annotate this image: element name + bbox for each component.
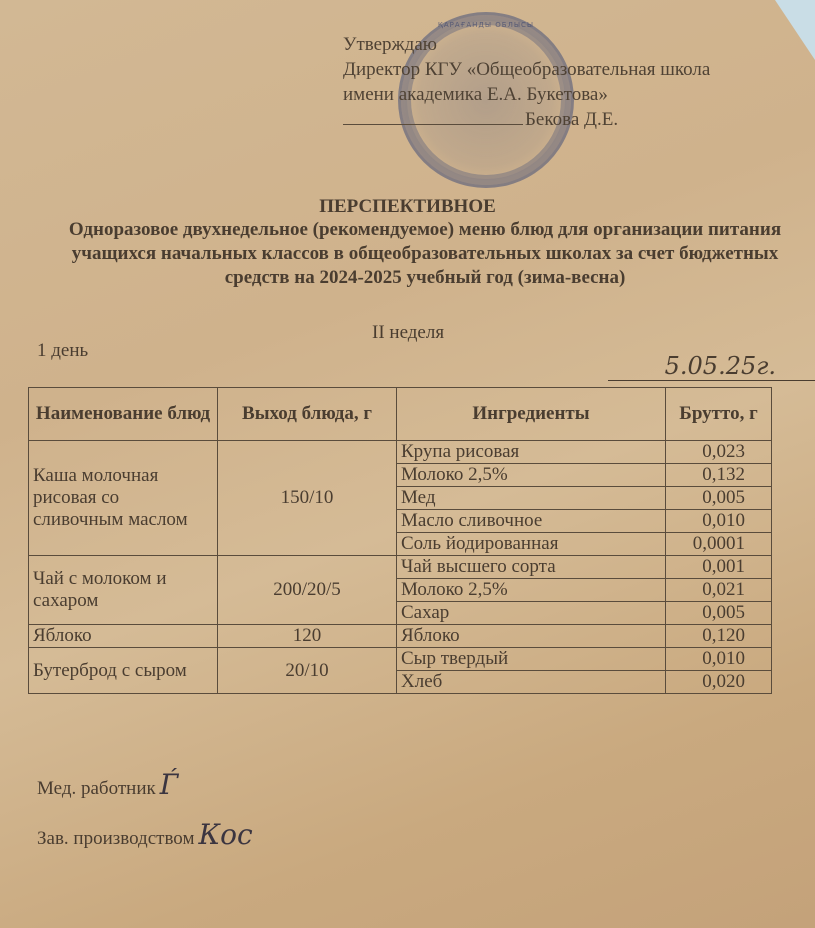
ingredient-name: Молоко 2,5% [397,579,666,602]
table-row: Бутерброд с сыром20/10Сыр твердый0,010 [29,648,772,671]
ingredient-name: Чай высшего сорта [397,556,666,579]
ingredient-brutto: 0,023 [666,441,772,464]
week-label: II неделя [372,322,444,344]
ingredient-brutto: 0,132 [666,464,772,487]
ingredient-name: Соль йодированная [397,533,666,556]
production-label: Зав. производством [37,828,194,849]
ingredient-name: Сыр твердый [397,648,666,671]
dish-yield: 200/20/5 [218,556,397,625]
dish-name: Яблоко [29,625,218,648]
background-corner [775,0,815,60]
dish-yield: 20/10 [218,648,397,694]
table-row: Каша молочная рисовая со сливочным масло… [29,441,772,464]
ingredient-name: Яблоко [397,625,666,648]
signature-underline [343,124,523,125]
ingredient-brutto: 0,120 [666,625,772,648]
header-brutto: Брутто, г [666,388,772,441]
document-title: ПЕРСПЕКТИВНОЕ [0,195,815,219]
ingredient-name: Хлеб [397,671,666,694]
dish-yield: 120 [218,625,397,648]
medic-signature: Ѓ [160,768,179,801]
dish-name: Каша молочная рисовая со сливочным масло… [29,441,218,556]
menu-table-body: Каша молочная рисовая со сливочным масло… [29,441,772,694]
approval-block: Утверждаю Директор КГУ «Общеобразователь… [343,32,710,132]
dish-yield: 150/10 [218,441,397,556]
production-signature-row: Зав. производствомКос [37,818,253,851]
ingredient-brutto: 0,001 [666,556,772,579]
ingredient-brutto: 0,010 [666,510,772,533]
handwritten-date: 5.05.25г. [608,352,815,381]
document-subtitle: Одноразовое двухнедельное (рекомендуемое… [40,218,810,290]
header-dish-name: Наименование блюд [29,388,218,441]
dish-name: Чай с молоком и сахаром [29,556,218,625]
table-header-row: Наименование блюд Выход блюда, г Ингреди… [29,388,772,441]
production-signature: Кос [198,818,252,851]
ingredient-brutto: 0,005 [666,487,772,510]
ingredient-name: Молоко 2,5% [397,464,666,487]
medic-label: Мед. работник [37,778,156,799]
ingredient-brutto: 0,021 [666,579,772,602]
stamp-text: ҚАРАҒАНДЫ ОБЛЫСЫ [401,21,571,29]
approval-line-3: имени академика Е.А. Букетова» [343,82,710,107]
table-row: Яблоко120Яблоко0,120 [29,625,772,648]
ingredient-name: Сахар [397,602,666,625]
ingredient-name: Масло сливочное [397,510,666,533]
header-yield: Выход блюда, г [218,388,397,441]
ingredient-brutto: 0,005 [666,602,772,625]
ingredient-brutto: 0,0001 [666,533,772,556]
table-row: Чай с молоком и сахаром200/20/5Чай высше… [29,556,772,579]
ingredient-name: Мед [397,487,666,510]
medic-signature-row: Мед. работникЃ [37,768,178,801]
menu-table: Наименование блюд Выход блюда, г Ингреди… [28,387,772,694]
day-label: 1 день [37,340,88,362]
dish-name: Бутерброд с сыром [29,648,218,694]
ingredient-brutto: 0,010 [666,648,772,671]
approval-line-1: Утверждаю [343,32,710,57]
header-ingredients: Ингредиенты [397,388,666,441]
approval-signature-line: Бекова Д.Е. [343,107,710,132]
approval-signatory: Бекова Д.Е. [525,109,618,130]
ingredient-brutto: 0,020 [666,671,772,694]
ingredient-name: Крупа рисовая [397,441,666,464]
approval-line-2: Директор КГУ «Общеобразовательная школа [343,57,710,82]
